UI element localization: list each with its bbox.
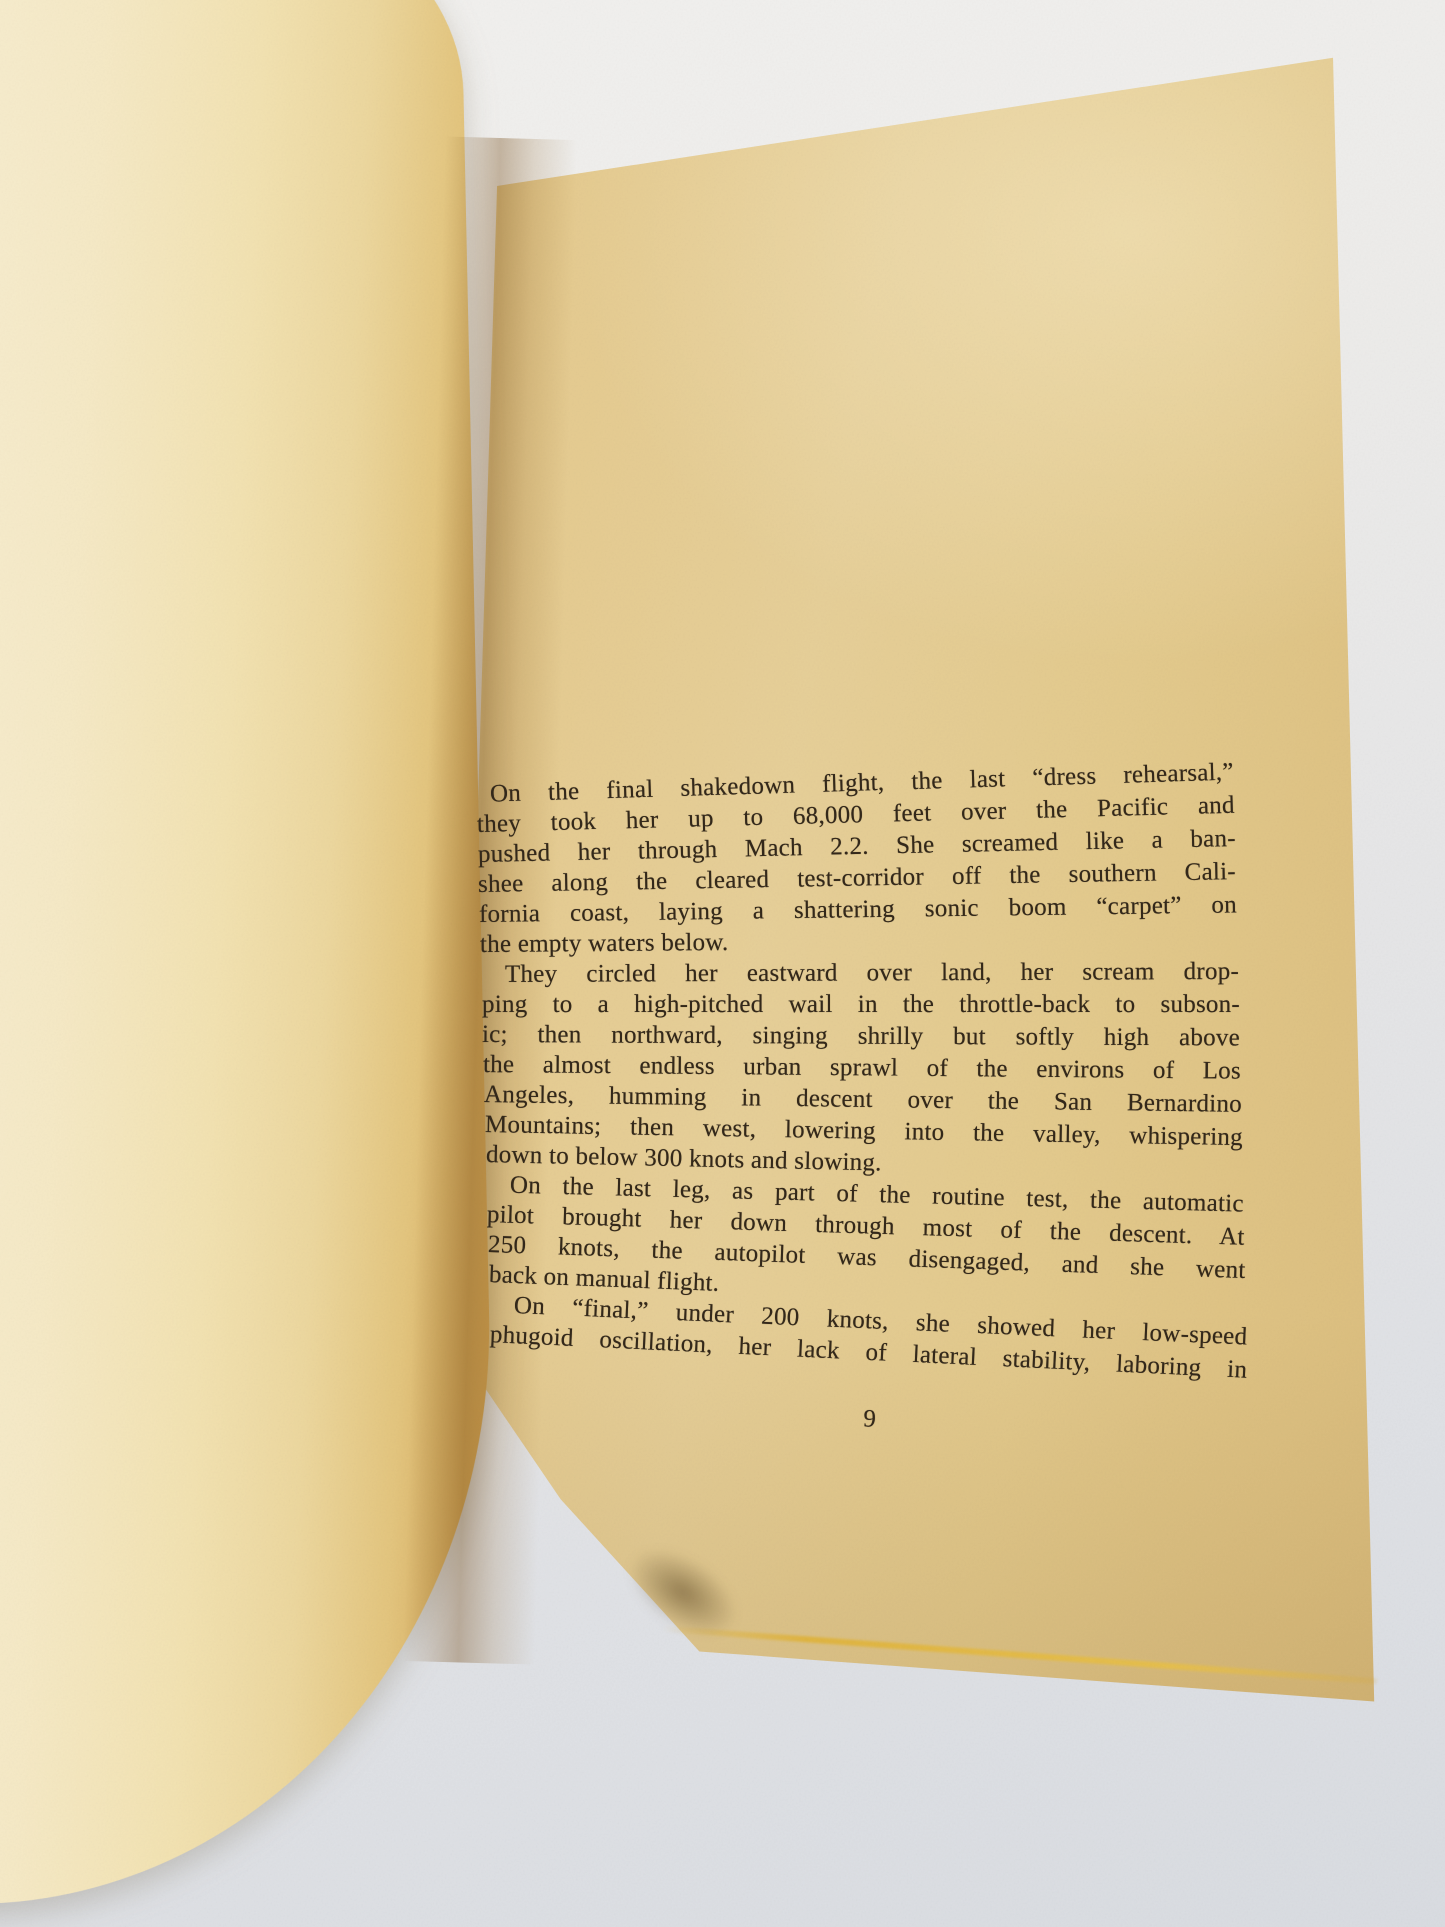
text-line: ic; then northward, singing shrilly but … bbox=[482, 1020, 1240, 1053]
page-number-folio: 9 bbox=[490, 1386, 1249, 1453]
text-line: the empty waters below. bbox=[480, 924, 1238, 960]
text-line: ping to a high-pitched wail in the throt… bbox=[482, 990, 1240, 1020]
photo-backdrop: 9 On the final shakedown flight, the las… bbox=[0, 0, 1445, 1927]
page-text-block: 9 On the final shakedown flight, the las… bbox=[0, 780, 1445, 1480]
left-page-bottom-shade bbox=[3, 1674, 463, 1903]
text-line: They circled her eastward over land, her… bbox=[481, 957, 1239, 990]
